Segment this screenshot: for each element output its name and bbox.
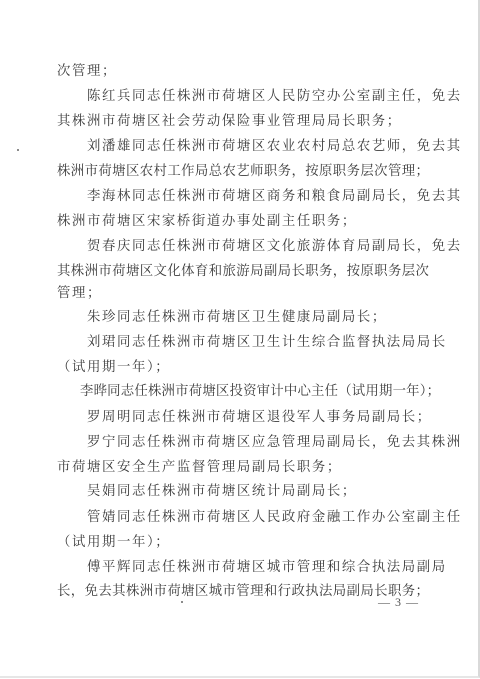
text-line: （试用期一年）；	[57, 534, 170, 552]
text-line: （试用期一年）；	[57, 359, 170, 377]
text-line: 刘珺同志任株洲市荷塘区卫生计生综合监督执法局局长	[87, 334, 447, 352]
text-line: 市荷塘区安全生产监督管理局副局长职务；	[57, 459, 342, 477]
text-line: 株洲市荷塘区农村工作局总农艺师职务，按原职务层次管理；	[57, 163, 429, 181]
text-line: 朱珍同志任株洲市荷塘区卫生健康局副局长；	[87, 309, 387, 327]
text-line: 贺春庆同志任株洲市荷塘区文化旅游体育局副局长，免去	[87, 238, 462, 256]
text-line: 刘潘雄同志任株洲市荷塘区农业农村局总农艺师，免去其	[87, 138, 462, 156]
scan-speck	[181, 601, 183, 603]
text-line: 其株洲市荷塘区文化体育和旅游局副局长职务，按原职务层次	[57, 263, 429, 281]
scan-speck	[17, 149, 19, 151]
text-line: 管理；	[57, 285, 102, 303]
text-line: 株洲市荷塘区宋家桥街道办事处副主任职务；	[57, 213, 357, 231]
text-line: 吴娟同志任株洲市荷塘区统计局副局长；	[87, 483, 357, 501]
text-line: 傅平辉同志任株洲市荷塘区城市管理和综合执法局副局	[87, 559, 447, 577]
text-line: 李晔同志任株洲市荷塘区投资审计中心主任（试用期一年）；	[80, 383, 440, 401]
document-page: 次管理； 陈红兵同志任株洲市荷塘区人民防空办公室副主任，免去 其株洲市荷塘区社会…	[0, 0, 480, 678]
text-line: 其株洲市荷塘区社会劳动保险事业管理局局长职务；	[57, 113, 402, 131]
text-line: 管婧同志任株洲市荷塘区人民政府金融工作办公室副主任	[87, 509, 462, 527]
text-line: 李海林同志任株洲市荷塘区商务和粮食局副局长，免去其	[87, 188, 462, 206]
text-line: 罗宁同志任株洲市荷塘区应急管理局副局长，免去其株洲	[87, 434, 462, 452]
text-line: 罗周明同志任株洲市荷塘区退役军人事务局副局长；	[87, 409, 432, 427]
page-number: — 3 —	[378, 595, 419, 610]
text-line: 长，免去其株洲市荷塘区城市管理和行政执法局副局长职务；	[57, 583, 429, 601]
text-line: 陈红兵同志任株洲市荷塘区人民防空办公室副主任，免去	[87, 88, 462, 106]
text-line: 次管理；	[57, 63, 117, 81]
